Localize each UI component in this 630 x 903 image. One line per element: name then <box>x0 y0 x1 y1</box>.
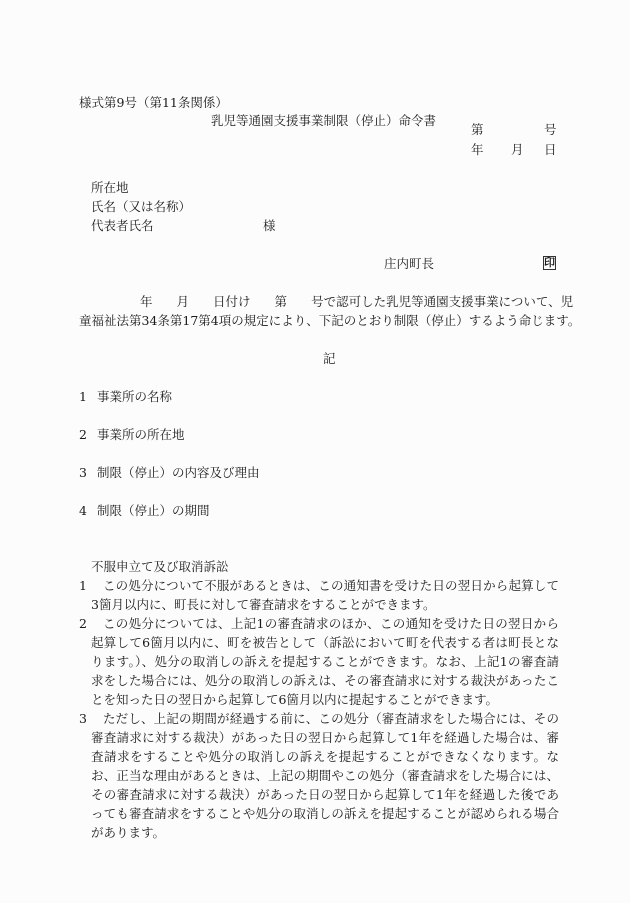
item-number: 1 <box>79 389 97 405</box>
issuer-title: 庄内町長 <box>384 256 434 272</box>
appeal-note: 1 この処分について不服があるときは、この通知書を受けた日の翌日から起算して3箇… <box>79 576 559 614</box>
body-dai: 第 <box>275 294 288 309</box>
list-item: 2事業所の所在地 <box>79 427 185 443</box>
form-number: 様式第9号（第11条関係） <box>79 95 228 111</box>
item-label: 制限（停止）の期間 <box>97 503 210 518</box>
list-item: 1事業所の名称 <box>79 389 172 405</box>
note-number: 3 <box>79 709 87 728</box>
appeal-note: 3 ただし、上記の期間が経過する前に、この処分（審査請求をした場合には、その審査… <box>79 709 559 842</box>
item-number: 2 <box>79 427 97 443</box>
document-title: 乳児等通園支援事業制限（停止）命令書 <box>211 113 436 129</box>
item-number: 4 <box>79 503 97 519</box>
item-label: 事業所の所在地 <box>97 427 185 442</box>
recipient-address-label: 所在地 <box>91 180 129 196</box>
appeal-notes: 1 この処分について不服があるときは、この通知書を受けた日の翌日から起算して3箇… <box>79 576 559 842</box>
appeal-heading: 不服申立て及び取消訴訟 <box>91 559 229 575</box>
seal-icon: 印 <box>543 256 556 270</box>
recipient-name-label: 氏名（又は名称） <box>91 199 191 215</box>
body-month: 月 <box>177 294 190 309</box>
item-label: 制限（停止）の内容及び理由 <box>97 465 260 480</box>
reference-number-prefix: 第 <box>471 122 484 138</box>
note-number: 2 <box>79 614 87 633</box>
body-dated: 日付け <box>213 294 251 309</box>
ki-heading: 記 <box>323 351 336 367</box>
list-item: 3制限（停止）の内容及び理由 <box>79 465 260 481</box>
date-day: 日 <box>544 142 557 158</box>
item-number: 3 <box>79 465 97 481</box>
reference-number-suffix: 号 <box>544 122 557 138</box>
note-text: ただし、上記の期間が経過する前に、この処分（審査請求をした場合には、その審査請求… <box>91 709 559 842</box>
note-text: この処分について不服があるときは、この通知書を受けた日の翌日から起算して3箇月以… <box>91 576 559 614</box>
body-year: 年 <box>140 294 153 309</box>
item-label: 事業所の名称 <box>97 389 172 404</box>
recipient-representative-label: 代表者氏名 <box>91 218 154 234</box>
date-month: 月 <box>511 142 524 158</box>
body-line-2: 童福祉法第34条第17第4項の規定により、下記のとおり制限（停止）するよう命じま… <box>79 313 580 329</box>
date-year: 年 <box>471 142 484 158</box>
body-line-1: 年月日付け第号で認可した乳児等通園支援事業について、児 <box>140 294 573 310</box>
list-item: 4制限（停止）の期間 <box>79 503 210 519</box>
body-rest: 号で認可した乳児等通園支援事業について、児 <box>311 294 573 309</box>
recipient-honorific: 様 <box>263 218 276 234</box>
note-number: 1 <box>79 576 87 595</box>
appeal-note: 2 この処分については、上記1の審査請求のほか、この通知を受けた日の翌日から起算… <box>79 614 559 709</box>
note-text: この処分については、上記1の審査請求のほか、この通知を受けた日の翌日から起算して… <box>91 614 559 709</box>
